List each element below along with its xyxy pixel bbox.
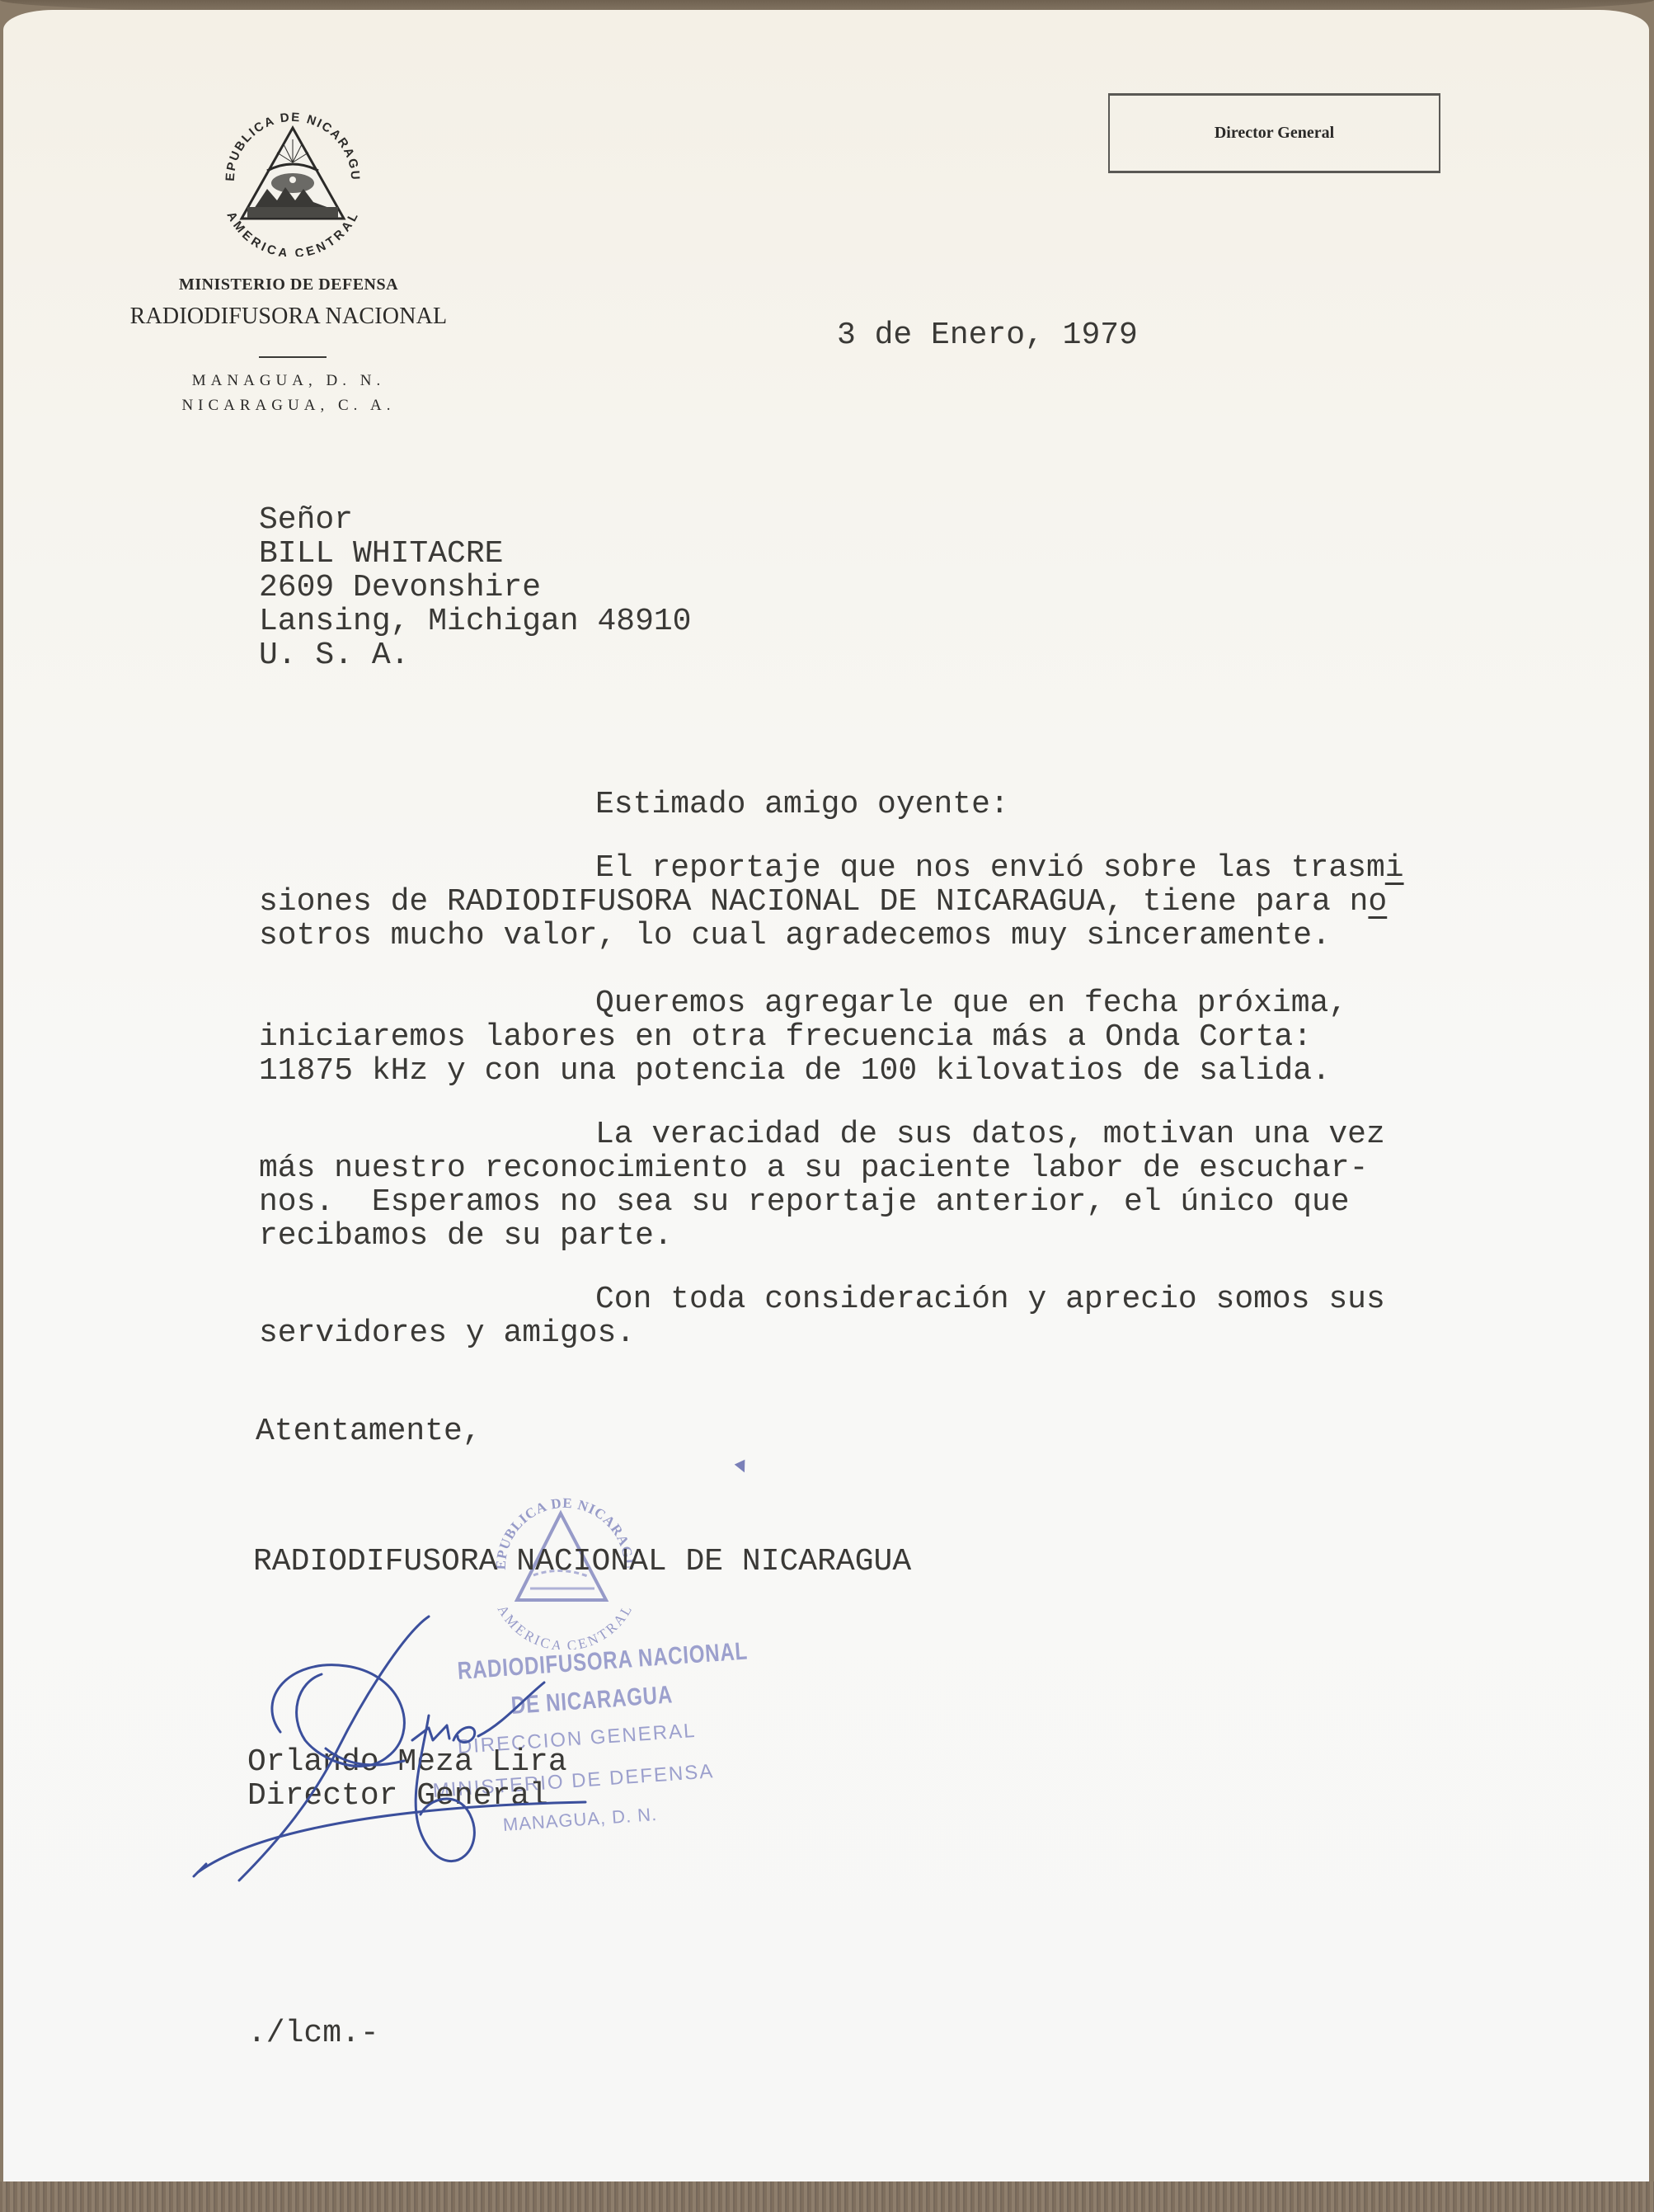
paragraph-line: Queremos agregarle que en fecha próxima, [259, 986, 1347, 1020]
typed-underline: o [1368, 884, 1387, 920]
background-surface-bottom [0, 2181, 1654, 2212]
body-paragraph-3: La veracidad de sus datos, motivan una v… [259, 1118, 1385, 1253]
paragraph-line: sotros mucho valor, lo cual agradecemos … [259, 919, 1404, 953]
letterhead-divider [259, 356, 327, 358]
paragraph-line: iniciaremos labores en otra frecuencia m… [259, 1020, 1347, 1054]
recipient-street: 2609 Devonshire [259, 571, 692, 605]
national-coat-of-arms-icon: REPUBLICA DE NICARAGUA AMERICA CENTRAL [216, 103, 369, 256]
paragraph-line: siones de RADIODIFUSORA NACIONAL DE NICA… [259, 885, 1404, 919]
paragraph-line: servidores y amigos. [259, 1316, 1385, 1350]
office-title-box: Director General [1108, 93, 1440, 173]
paragraph-line: más nuestro reconocimiento a su paciente… [259, 1151, 1385, 1185]
paragraph-line: nos. Esperamos no sea su reportaje anter… [259, 1185, 1385, 1219]
recipient-country: U. S. A. [259, 638, 692, 672]
recipient-name: BILL WHITACRE [259, 537, 692, 571]
recipient-address: SeñorBILL WHITACRE2609 DevonshireLansing… [259, 503, 692, 672]
paragraph-line: 11875 kHz y con una potencia de 100 kilo… [259, 1054, 1347, 1088]
paragraph-line: El reportaje que nos envió sobre las tra… [259, 851, 1404, 885]
closing: Atentamente, [256, 1414, 482, 1448]
stamp-ring-bottom-text: AMERICA CENTRAL [495, 1603, 636, 1650]
letter-date: 3 de Enero, 1979 [837, 318, 1138, 352]
body-paragraph-2: Queremos agregarle que en fecha próxima,… [259, 986, 1347, 1088]
letterhead-ministry: MINISTERIO DE DEFENSA [99, 275, 478, 294]
sender-organization: RADIODIFUSORA NACIONAL DE NICARAGUA [253, 1545, 911, 1579]
signer-title: Director General [247, 1779, 567, 1813]
letter-page [3, 10, 1649, 2191]
greeting: Estimado amigo oyente: [595, 788, 1009, 821]
office-title: Director General [1215, 124, 1334, 143]
letterhead-city: MANAGUA, D. N. [99, 372, 478, 390]
letterhead-country: NICARAGUA, C. A. [99, 397, 478, 415]
paragraph-line: recibamos de su parte. [259, 1219, 1385, 1253]
signer-block: Orlando Meza LiraDirector General [247, 1745, 567, 1813]
reference-initials: ./lcm.- [247, 2017, 379, 2050]
typed-underline: i [1385, 850, 1404, 886]
letterhead-organization: RADIODIFUSORA NACIONAL [99, 304, 478, 330]
svg-text:AMERICA CENTRAL: AMERICA CENTRAL [495, 1603, 636, 1650]
paragraph-line: La veracidad de sus datos, motivan una v… [259, 1118, 1385, 1151]
signer-name: Orlando Meza Lira [247, 1745, 567, 1779]
recipient-salutation-title: Señor [259, 503, 692, 537]
recipient-city: Lansing, Michigan 48910 [259, 605, 692, 638]
body-paragraph-4: Con toda consideración y aprecio somos s… [259, 1282, 1385, 1350]
body-paragraph-1: El reportaje que nos envió sobre las tra… [259, 851, 1404, 953]
paragraph-line: Con toda consideración y aprecio somos s… [259, 1282, 1385, 1316]
